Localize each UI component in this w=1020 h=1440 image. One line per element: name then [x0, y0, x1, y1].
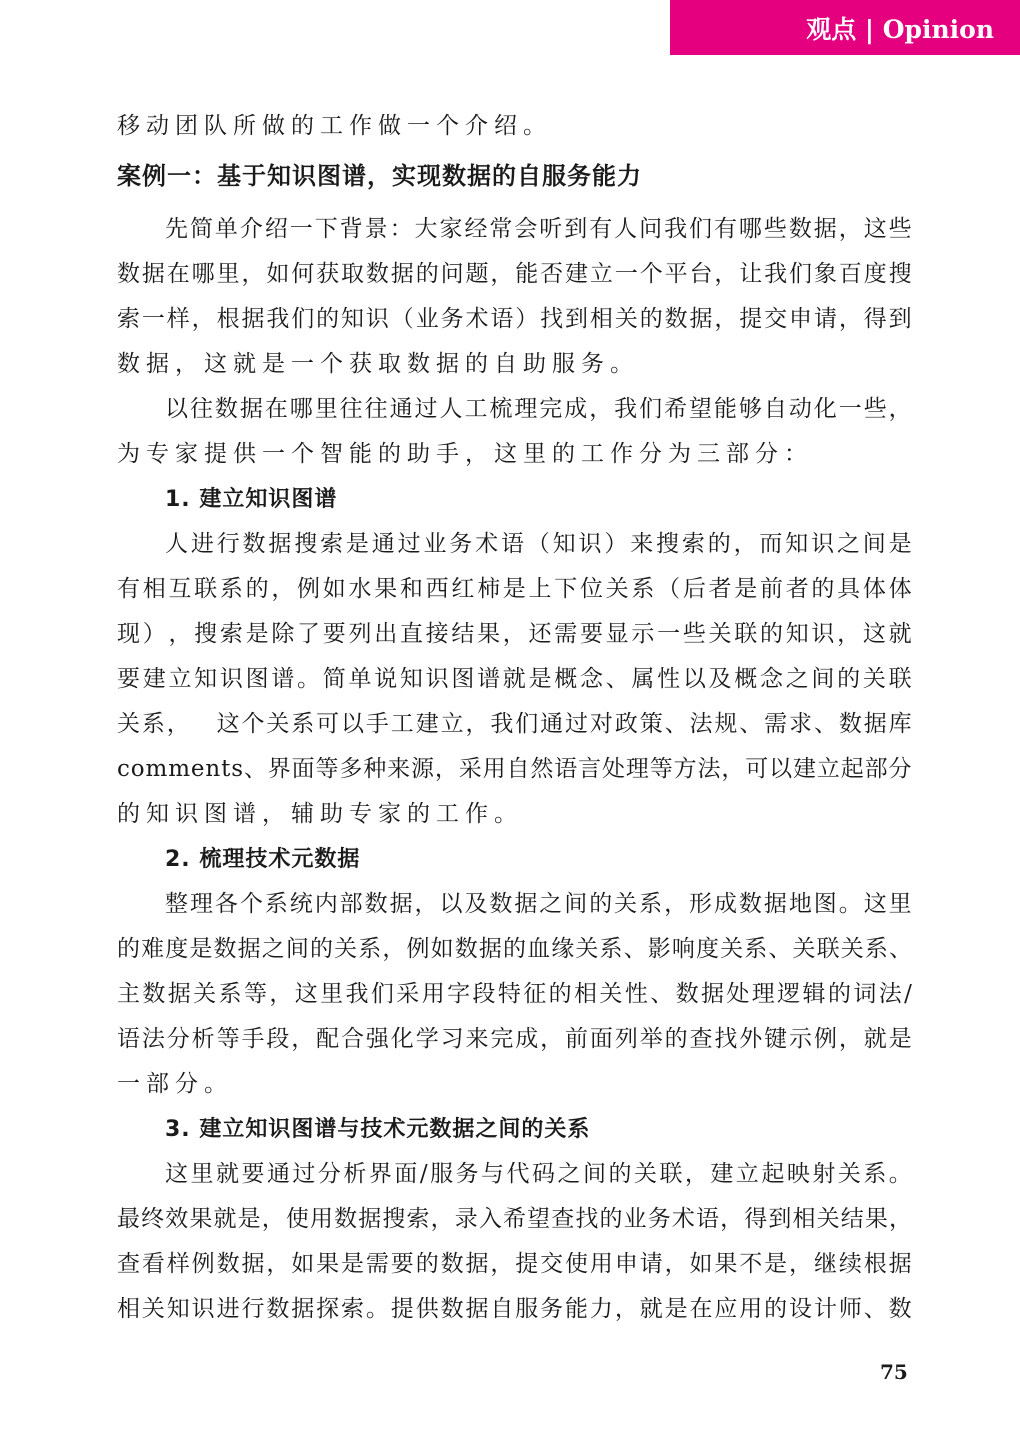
text: 为专家提供一个智能的助手，这里的工作分为三部分：: [117, 432, 813, 477]
paragraph-line: 语法分析等手段，配合强化学习来完成，前面列举的查找外键示例，就是: [117, 1017, 912, 1062]
paragraph-line: 整理各个系统内部数据，以及数据之间的关系，形成数据地图。这里: [117, 882, 912, 927]
paragraph-section-3: 这里就要通过分析界面/服务与代码之间的关联，建立起映射关系。 最终效果就是，使用…: [117, 1152, 912, 1332]
paragraph-line: 要建立知识图谱。简单说知识图谱就是概念、属性以及概念之间的关联: [117, 657, 912, 702]
text: 一部分。: [117, 1062, 233, 1107]
paragraph-line: 索一样，根据我们的知识（业务术语）找到相关的数据，提交申请，得到: [117, 297, 912, 342]
paragraph-line: 现），搜索是除了要列出直接结果，还需要显示一些关联的知识，这就: [117, 612, 912, 657]
case-heading: 案例一：基于知识图谱，实现数据的自服务能力: [117, 151, 912, 201]
text: 的知识图谱，辅助专家的工作。: [117, 792, 523, 837]
text: 移动团队所做的工作做一个介绍。: [117, 104, 552, 149]
paragraph-line: 移动团队所做的工作做一个介绍。: [117, 104, 912, 149]
paragraph-line: 人进行数据搜索是通过业务术语（知识）来搜索的，而知识之间是: [117, 522, 912, 567]
paragraph-line: 查看样例数据，如果是需要的数据，提交使用申请，如果不是，继续根据: [117, 1242, 912, 1287]
paragraph-line: 有相互联系的，例如水果和西红柿是上下位关系（后者是前者的具体体: [117, 567, 912, 612]
paragraph-background: 先简单介绍一下背景：大家经常会听到有人问我们有哪些数据，这些 数据在哪里，如何获…: [117, 207, 912, 387]
paragraph-line: 主数据关系等，这里我们采用字段特征的相关性、数据处理逻辑的词法/: [117, 972, 912, 1017]
text: 数据，这就是一个获取数据的自助服务。: [117, 342, 639, 387]
paragraph-line: 以往数据在哪里往往通过人工梳理完成，我们希望能够自动化一些，: [117, 387, 912, 432]
paragraph-line: 一部分。: [117, 1062, 912, 1107]
paragraph-approach: 以往数据在哪里往往通过人工梳理完成，我们希望能够自动化一些， 为专家提供一个智能…: [117, 387, 912, 477]
paragraph-line: 数据，这就是一个获取数据的自助服务。: [117, 342, 912, 387]
section-heading-3: 3. 建立知识图谱与技术元数据之间的关系: [117, 1107, 912, 1152]
section-label: 观点 | Opinion: [806, 10, 994, 46]
section-heading-2: 2. 梳理技术元数据: [117, 837, 912, 882]
article-body: 移动团队所做的工作做一个介绍。 案例一：基于知识图谱，实现数据的自服务能力 先简…: [117, 104, 912, 1332]
paragraph-line: 先简单介绍一下背景：大家经常会听到有人问我们有哪些数据，这些: [117, 207, 912, 252]
section-heading-1: 1. 建立知识图谱: [117, 477, 912, 522]
paragraph-section-2: 整理各个系统内部数据，以及数据之间的关系，形成数据地图。这里 的难度是数据之间的…: [117, 882, 912, 1107]
paragraph-line: 最终效果就是，使用数据搜索，录入希望查找的业务术语，得到相关结果，: [117, 1197, 912, 1242]
paragraph-line: comments、界面等多种来源，采用自然语言处理等方法，可以建立起部分: [117, 747, 912, 792]
paragraph-line: 的难度是数据之间的关系，例如数据的血缘关系、影响度关系、关联关系、: [117, 927, 912, 972]
paragraph-line: 为专家提供一个智能的助手，这里的工作分为三部分：: [117, 432, 912, 477]
paragraph-line: 这里就要通过分析界面/服务与代码之间的关联，建立起映射关系。: [117, 1152, 912, 1197]
page-number: 75: [880, 1360, 908, 1384]
paragraph-line: 的知识图谱，辅助专家的工作。: [117, 792, 912, 837]
paragraph-section-1: 人进行数据搜索是通过业务术语（知识）来搜索的，而知识之间是 有相互联系的，例如水…: [117, 522, 912, 837]
paragraph-line: 数据在哪里，如何获取数据的问题，能否建立一个平台，让我们象百度搜: [117, 252, 912, 297]
paragraph-line: 关系， 这个关系可以手工建立，我们通过对政策、法规、需求、数据库: [117, 702, 912, 747]
section-header-bar: 观点 | Opinion: [670, 0, 1020, 55]
paragraph-line: 相关知识进行数据探索。提供数据自服务能力，就是在应用的设计师、数: [117, 1287, 912, 1332]
